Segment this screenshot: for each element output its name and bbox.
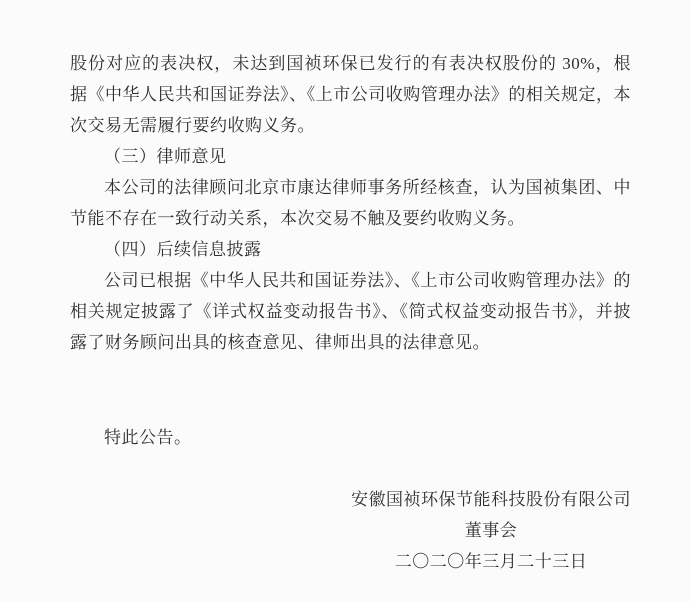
- paragraph-lawyer-opinion: 本公司的法律顾问北京市康达律师事务所经核查，认为国祯集团、中节能不存在一致行动关…: [70, 172, 631, 234]
- section-heading-followup-disclosure: （四）后续信息披露: [70, 234, 631, 265]
- paragraph-voting-rights-continuation: 股份对应的表决权，未达到国祯环保已发行的有表决权股份的 30%，根据《中华人民共…: [70, 48, 631, 141]
- signature-inner: 安徽国祯环保节能科技股份有限公司 董事会 二〇二〇年三月二十三日: [351, 484, 631, 577]
- closing-statement: 特此公告。: [70, 422, 631, 453]
- signature-board-label: 董事会: [351, 515, 631, 546]
- signature-company-name: 安徽国祯环保节能科技股份有限公司: [351, 484, 631, 515]
- signature-date: 二〇二〇年三月二十三日: [351, 546, 631, 577]
- document-page: 股份对应的表决权，未达到国祯环保已发行的有表决权股份的 30%，根据《中华人民共…: [0, 0, 691, 602]
- signature-block: 安徽国祯环保节能科技股份有限公司 董事会 二〇二〇年三月二十三日: [70, 484, 631, 577]
- section-heading-lawyer-opinion: （三）律师意见: [70, 141, 631, 172]
- paragraph-followup-disclosure: 公司已根据《中华人民共和国证券法》、《上市公司收购管理办法》的相关规定披露了《详…: [70, 265, 631, 358]
